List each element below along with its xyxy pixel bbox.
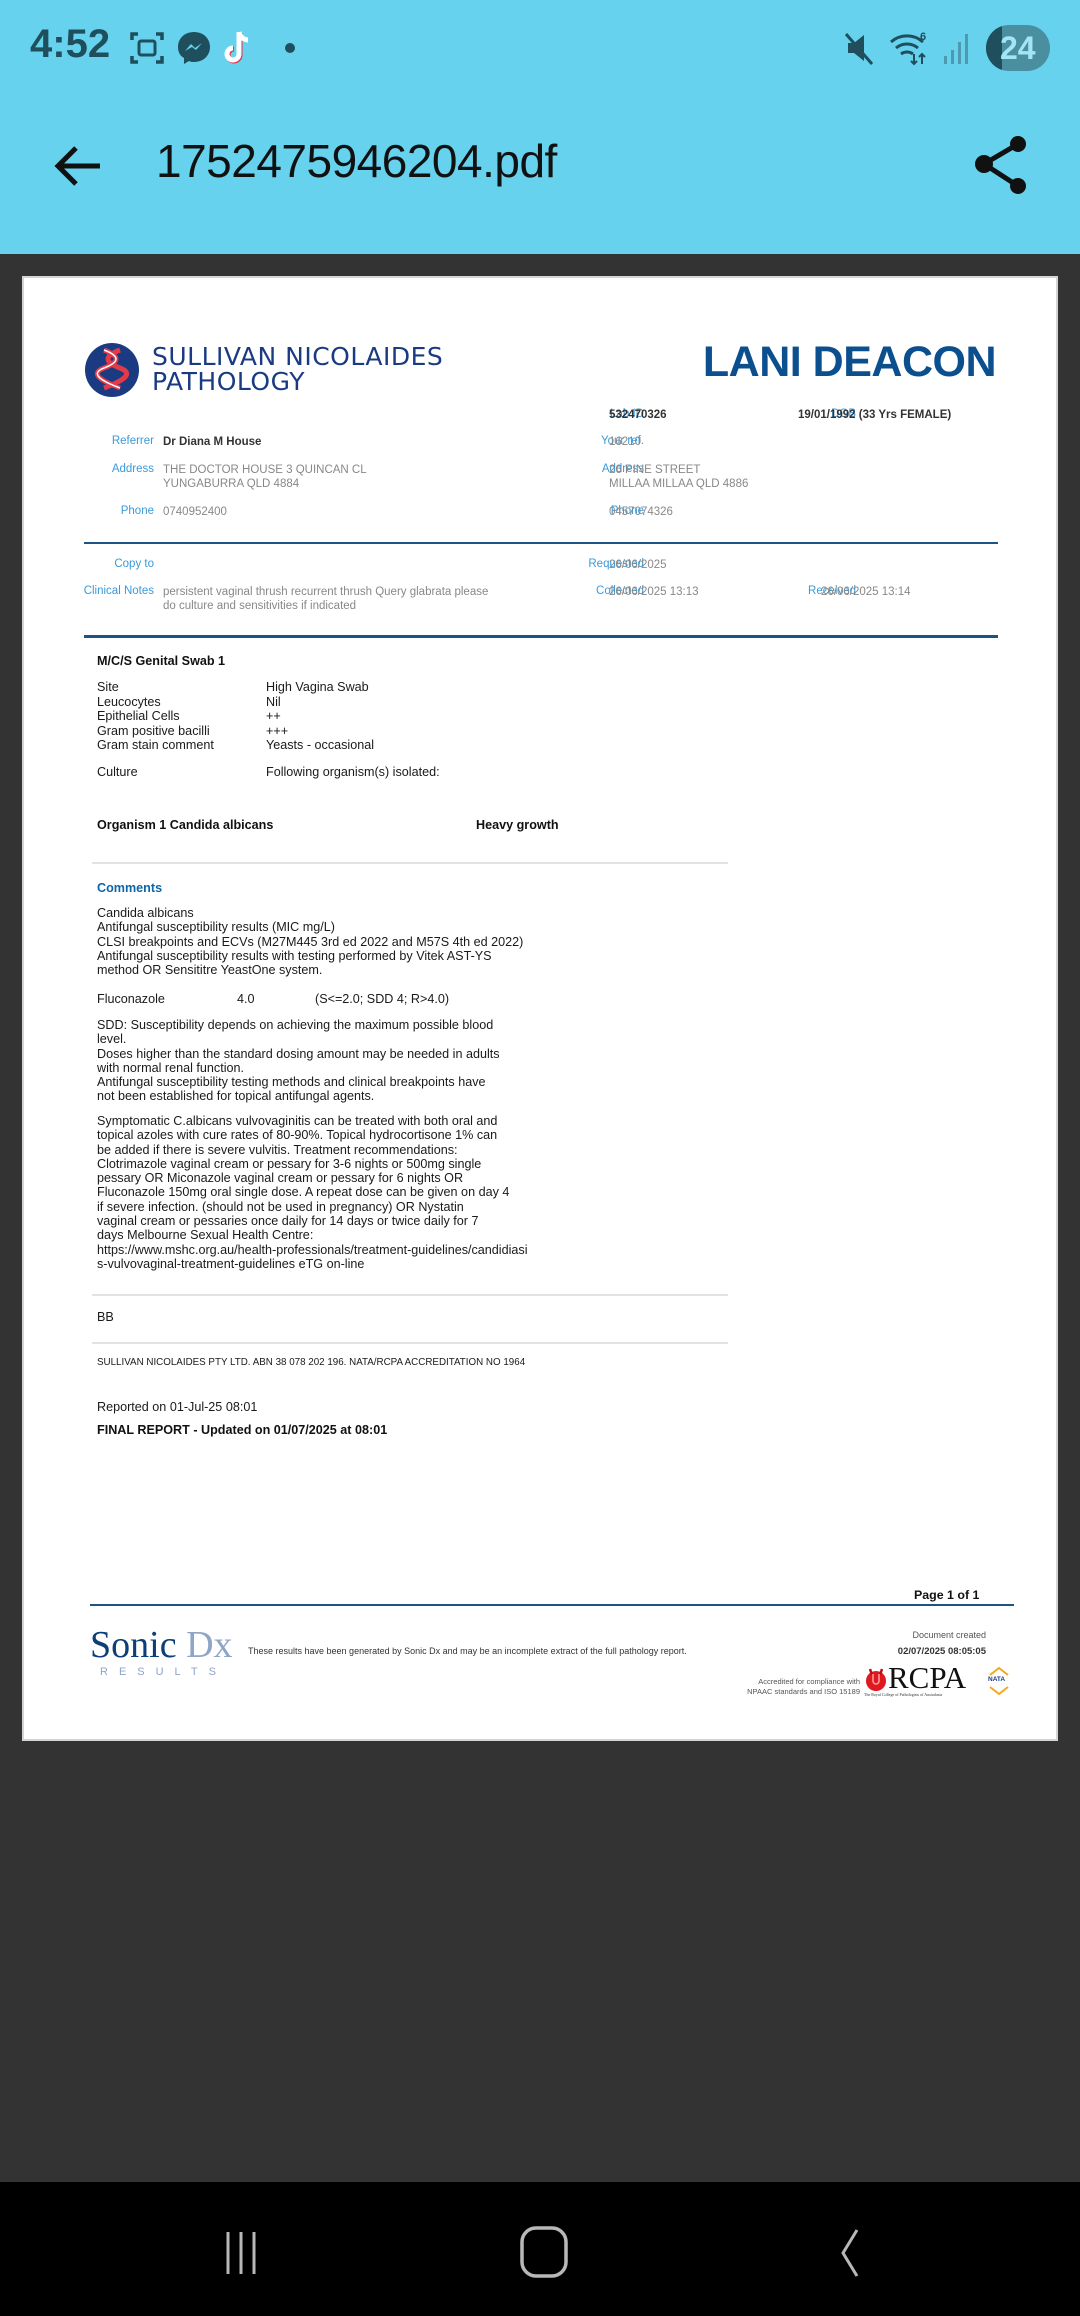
organism: Organism 1 Candida albicans [97, 818, 273, 832]
divider [90, 1604, 1014, 1606]
result-value: Nil [266, 695, 281, 709]
back-chevron-icon[interactable] [812, 2222, 882, 2282]
referrer-address-line1: THE DOCTOR HOUSE 3 QUINCAN CL [163, 463, 367, 477]
reported-on: Reported on 01-Jul-25 08:01 [97, 1400, 257, 1414]
antifungal-mic: 4.0 [237, 992, 255, 1006]
rcpa-emblem-icon [864, 1666, 888, 1692]
patient-address-line1: 26 PINE STREET [609, 463, 700, 477]
comments-block-2: SDD: Susceptibility depends on achieving… [97, 1018, 500, 1104]
divider [84, 542, 998, 544]
patient-address-line2: MILLAA MILLAA QLD 4886 [609, 477, 748, 491]
screenshot-icon [128, 28, 166, 68]
result-value: High Vagina Swab [266, 680, 369, 694]
notification-dot-icon [282, 28, 298, 68]
result-value: +++ [266, 724, 288, 738]
clinical-notes-label: Clinical Notes [84, 585, 154, 597]
arrow-left-icon[interactable] [50, 136, 110, 196]
doc-created-value: 02/07/2025 08:05:05 [898, 1646, 986, 1657]
company-line: SULLIVAN NICOLAIDES PTY LTD. ABN 38 078 … [97, 1357, 525, 1368]
collected-value: 26/06/2025 13:13 [609, 585, 699, 599]
patient-name: LANI DEACON [703, 338, 996, 387]
mute-icon [842, 28, 878, 68]
initials: BB [97, 1310, 114, 1324]
clinical-notes-line1: persistent vaginal thrush recurrent thru… [163, 585, 488, 599]
growth: Heavy growth [476, 818, 559, 832]
status-time: 4:52 [30, 22, 110, 67]
recents-icon[interactable] [206, 2222, 276, 2282]
result-label: Site [97, 680, 119, 694]
patient-phone-value: 0457074326 [609, 505, 673, 519]
result-value: Yeasts - occasional [266, 738, 374, 752]
nata-label: NATA [988, 1676, 1005, 1683]
test-title: M/C/S Genital Swab 1 [97, 654, 225, 668]
doc-created-label: Document created [912, 1630, 986, 1640]
sonic-dx-logo: Sonic Dx [90, 1626, 233, 1664]
result-label: Gram positive bacilli [97, 724, 210, 738]
battery-level: 24 [1000, 30, 1036, 67]
messenger-icon [176, 28, 212, 68]
copy-to-label: Copy to [114, 558, 154, 570]
pdf-viewer[interactable]: SULLIVAN NICOLAIDES PATHOLOGY LANI DEACO… [0, 254, 1080, 2182]
referrer-value: Dr Diana M House [163, 435, 261, 449]
antifungal-breakpoints: (S<=2.0; SDD 4; R>4.0) [315, 992, 449, 1006]
referrer-address-label: Address [112, 463, 154, 475]
referrer-address-line2: YUNGABURRA QLD 4884 [163, 477, 299, 491]
antifungal-drug: Fluconazole [97, 992, 165, 1006]
sonic-dx-subtitle: RESULTS [100, 1666, 227, 1678]
svg-text:6: 6 [920, 31, 926, 43]
rcpa-logo: RCPA [888, 1662, 966, 1693]
dob-value: 19/01/1992 (33 Yrs FEMALE) [798, 408, 951, 422]
app-bar: 1752475946204.pdf [0, 96, 1080, 254]
battery-indicator: 24 [986, 25, 1050, 71]
result-label: Gram stain comment [97, 738, 214, 752]
divider [84, 635, 998, 638]
accredited-line1: Accredited for compliance with [758, 1677, 860, 1686]
culture-label: Culture [97, 765, 138, 779]
divider [92, 1342, 728, 1344]
wifi-6-icon: 6 [888, 28, 934, 68]
labid-value: 532470326 [609, 408, 667, 422]
final-report: FINAL REPORT - Updated on 01/07/2025 at … [97, 1423, 387, 1437]
referrer-phone-value: 0740952400 [163, 505, 227, 519]
document-title: 1752475946204.pdf [156, 134, 557, 188]
result-value: ++ [266, 709, 281, 723]
rcpa-subtitle: The Royal College of Pathologists of Aus… [864, 1692, 942, 1697]
comments-block-1: Candida albicans Antifungal susceptibili… [97, 906, 523, 977]
pdf-page: SULLIVAN NICOLAIDES PATHOLOGY LANI DEACO… [22, 276, 1058, 1741]
result-label: Leucocytes [97, 695, 161, 709]
share-icon[interactable] [970, 132, 1034, 196]
your-ref-value: 16210 [609, 435, 641, 449]
divider [92, 862, 728, 864]
clinical-notes-line2: do culture and sensitivities if indicate… [163, 599, 356, 613]
comments-block-3: Symptomatic C.albicans vulvovaginitis ca… [97, 1114, 528, 1271]
divider [92, 1294, 728, 1296]
tiktok-icon [222, 28, 254, 68]
referrer-label: Referrer [112, 435, 154, 447]
referrer-phone-label: Phone [121, 505, 154, 517]
disclaimer: These results have been generated by Son… [248, 1646, 687, 1656]
sullivan-nicolaides-logo-icon [84, 342, 140, 398]
home-icon[interactable] [509, 2222, 579, 2282]
culture-value: Following organism(s) isolated: [266, 765, 440, 779]
received-value: 26/06/2025 13:14 [821, 585, 911, 599]
result-label: Epithelial Cells [97, 709, 180, 723]
status-bar: 4:52 6 24 [0, 0, 1080, 96]
accredited-line2: NPAAC standards and ISO 15189 [747, 1687, 860, 1696]
requested-value: 26/06/2025 [609, 558, 667, 572]
signal-icon [942, 28, 972, 68]
comments-title: Comments [97, 881, 162, 895]
page-number: Page 1 of 1 [914, 1588, 979, 1602]
navigation-bar [0, 2182, 1080, 2316]
lab-name: SULLIVAN NICOLAIDES PATHOLOGY [152, 344, 443, 394]
